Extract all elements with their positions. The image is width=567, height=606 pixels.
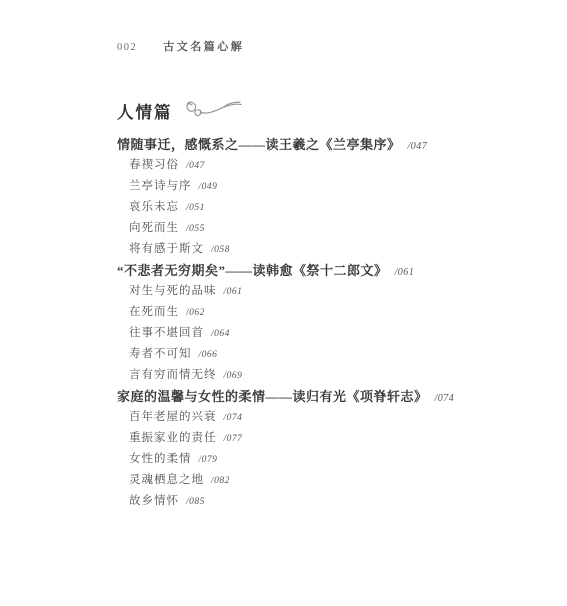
toc-item: 春禊习俗/047 [117,155,537,176]
toc-item-label: 言有穷而情无终 [129,369,217,381]
toc-page-ref: /082 [211,476,230,486]
toc-item: 兰亭诗与序/049 [117,176,537,197]
toc-page-ref: /062 [186,308,205,318]
toc-page-ref: /051 [186,203,205,213]
toc-item: 在死而生/062 [117,302,537,323]
toc-item: 往事不堪回首/064 [117,323,537,344]
toc-item: 百年老屋的兴衰/074 [117,407,537,428]
toc-item-label: 百年老屋的兴衰 [129,411,217,423]
toc-item-label: 女性的柔情 [129,453,192,465]
toc-item: 灵魂栖息之地/082 [117,470,537,491]
toc-item-label: 重振家业的责任 [129,432,217,444]
toc-group-title-text: 家庭的温馨与女性的柔情——读归有光《项脊轩志》 [117,389,428,404]
toc-item-label: 灵魂栖息之地 [129,474,204,486]
toc-item-label: 往事不堪回首 [129,327,204,339]
section-heading-row: 人情篇 [117,94,243,127]
toc-item: 寿者不可知/066 [117,344,537,365]
toc-group-title: 家庭的温馨与女性的柔情——读归有光《项脊轩志》/074 [117,386,537,407]
table-of-contents: 情随事迁，感慨系之——读王羲之《兰亭集序》/047 春禊习俗/047 兰亭诗与序… [117,134,537,512]
toc-page-ref: /061 [224,287,243,297]
toc-page-ref: /069 [224,371,243,381]
toc-group-title-text: 情随事迁，感慨系之——读王羲之《兰亭集序》 [117,137,401,152]
toc-item: 对生与死的品味/061 [117,281,537,302]
toc-item: 将有感于斯文/058 [117,239,537,260]
toc-page-ref: /074 [435,393,455,404]
toc-item-label: 寿者不可知 [129,348,192,360]
flourish-ornament-icon [185,98,243,127]
toc-item-label: 兰亭诗与序 [129,180,192,192]
toc-page-ref: /085 [186,497,205,507]
toc-item: 故乡情怀/085 [117,491,537,512]
toc-page-ref: /047 [186,161,205,171]
toc-page-ref: /047 [408,141,428,152]
toc-page-ref: /079 [199,455,218,465]
book-title: 古文名篇心解 [163,38,244,54]
toc-page-ref: /064 [211,329,230,339]
toc-group-title-text: “不悲者无穷期矣”——读韩愈《祭十二郎文》 [117,263,388,278]
section-title: 人情篇 [117,99,173,123]
toc-item: 重振家业的责任/077 [117,428,537,449]
toc-item-label: 对生与死的品味 [129,285,217,297]
toc-item-label: 春禊习俗 [129,159,179,171]
toc-item-label: 在死而生 [129,306,179,318]
running-header: 002 古文名篇心解 [117,38,244,54]
toc-page-ref: /055 [186,224,205,234]
toc-page-ref: /061 [395,267,415,278]
book-toc-page: 002 古文名篇心解 人情篇 情随事迁，感慨系之——读王羲之《兰亭集序》/047… [0,0,567,606]
toc-item-label: 哀乐未忘 [129,201,179,213]
toc-group-title: 情随事迁，感慨系之——读王羲之《兰亭集序》/047 [117,134,537,155]
page-number: 002 [117,42,137,53]
toc-item: 言有穷而情无终/069 [117,365,537,386]
toc-page-ref: /049 [199,182,218,192]
toc-item-label: 故乡情怀 [129,495,179,507]
toc-group-title: “不悲者无穷期矣”——读韩愈《祭十二郎文》/061 [117,260,537,281]
toc-item: 女性的柔情/079 [117,449,537,470]
toc-item-label: 向死而生 [129,222,179,234]
toc-page-ref: /058 [211,245,230,255]
toc-page-ref: /066 [199,350,218,360]
toc-page-ref: /077 [224,434,243,444]
toc-item: 哀乐未忘/051 [117,197,537,218]
toc-item: 向死而生/055 [117,218,537,239]
toc-item-label: 将有感于斯文 [129,243,204,255]
toc-page-ref: /074 [224,413,243,423]
